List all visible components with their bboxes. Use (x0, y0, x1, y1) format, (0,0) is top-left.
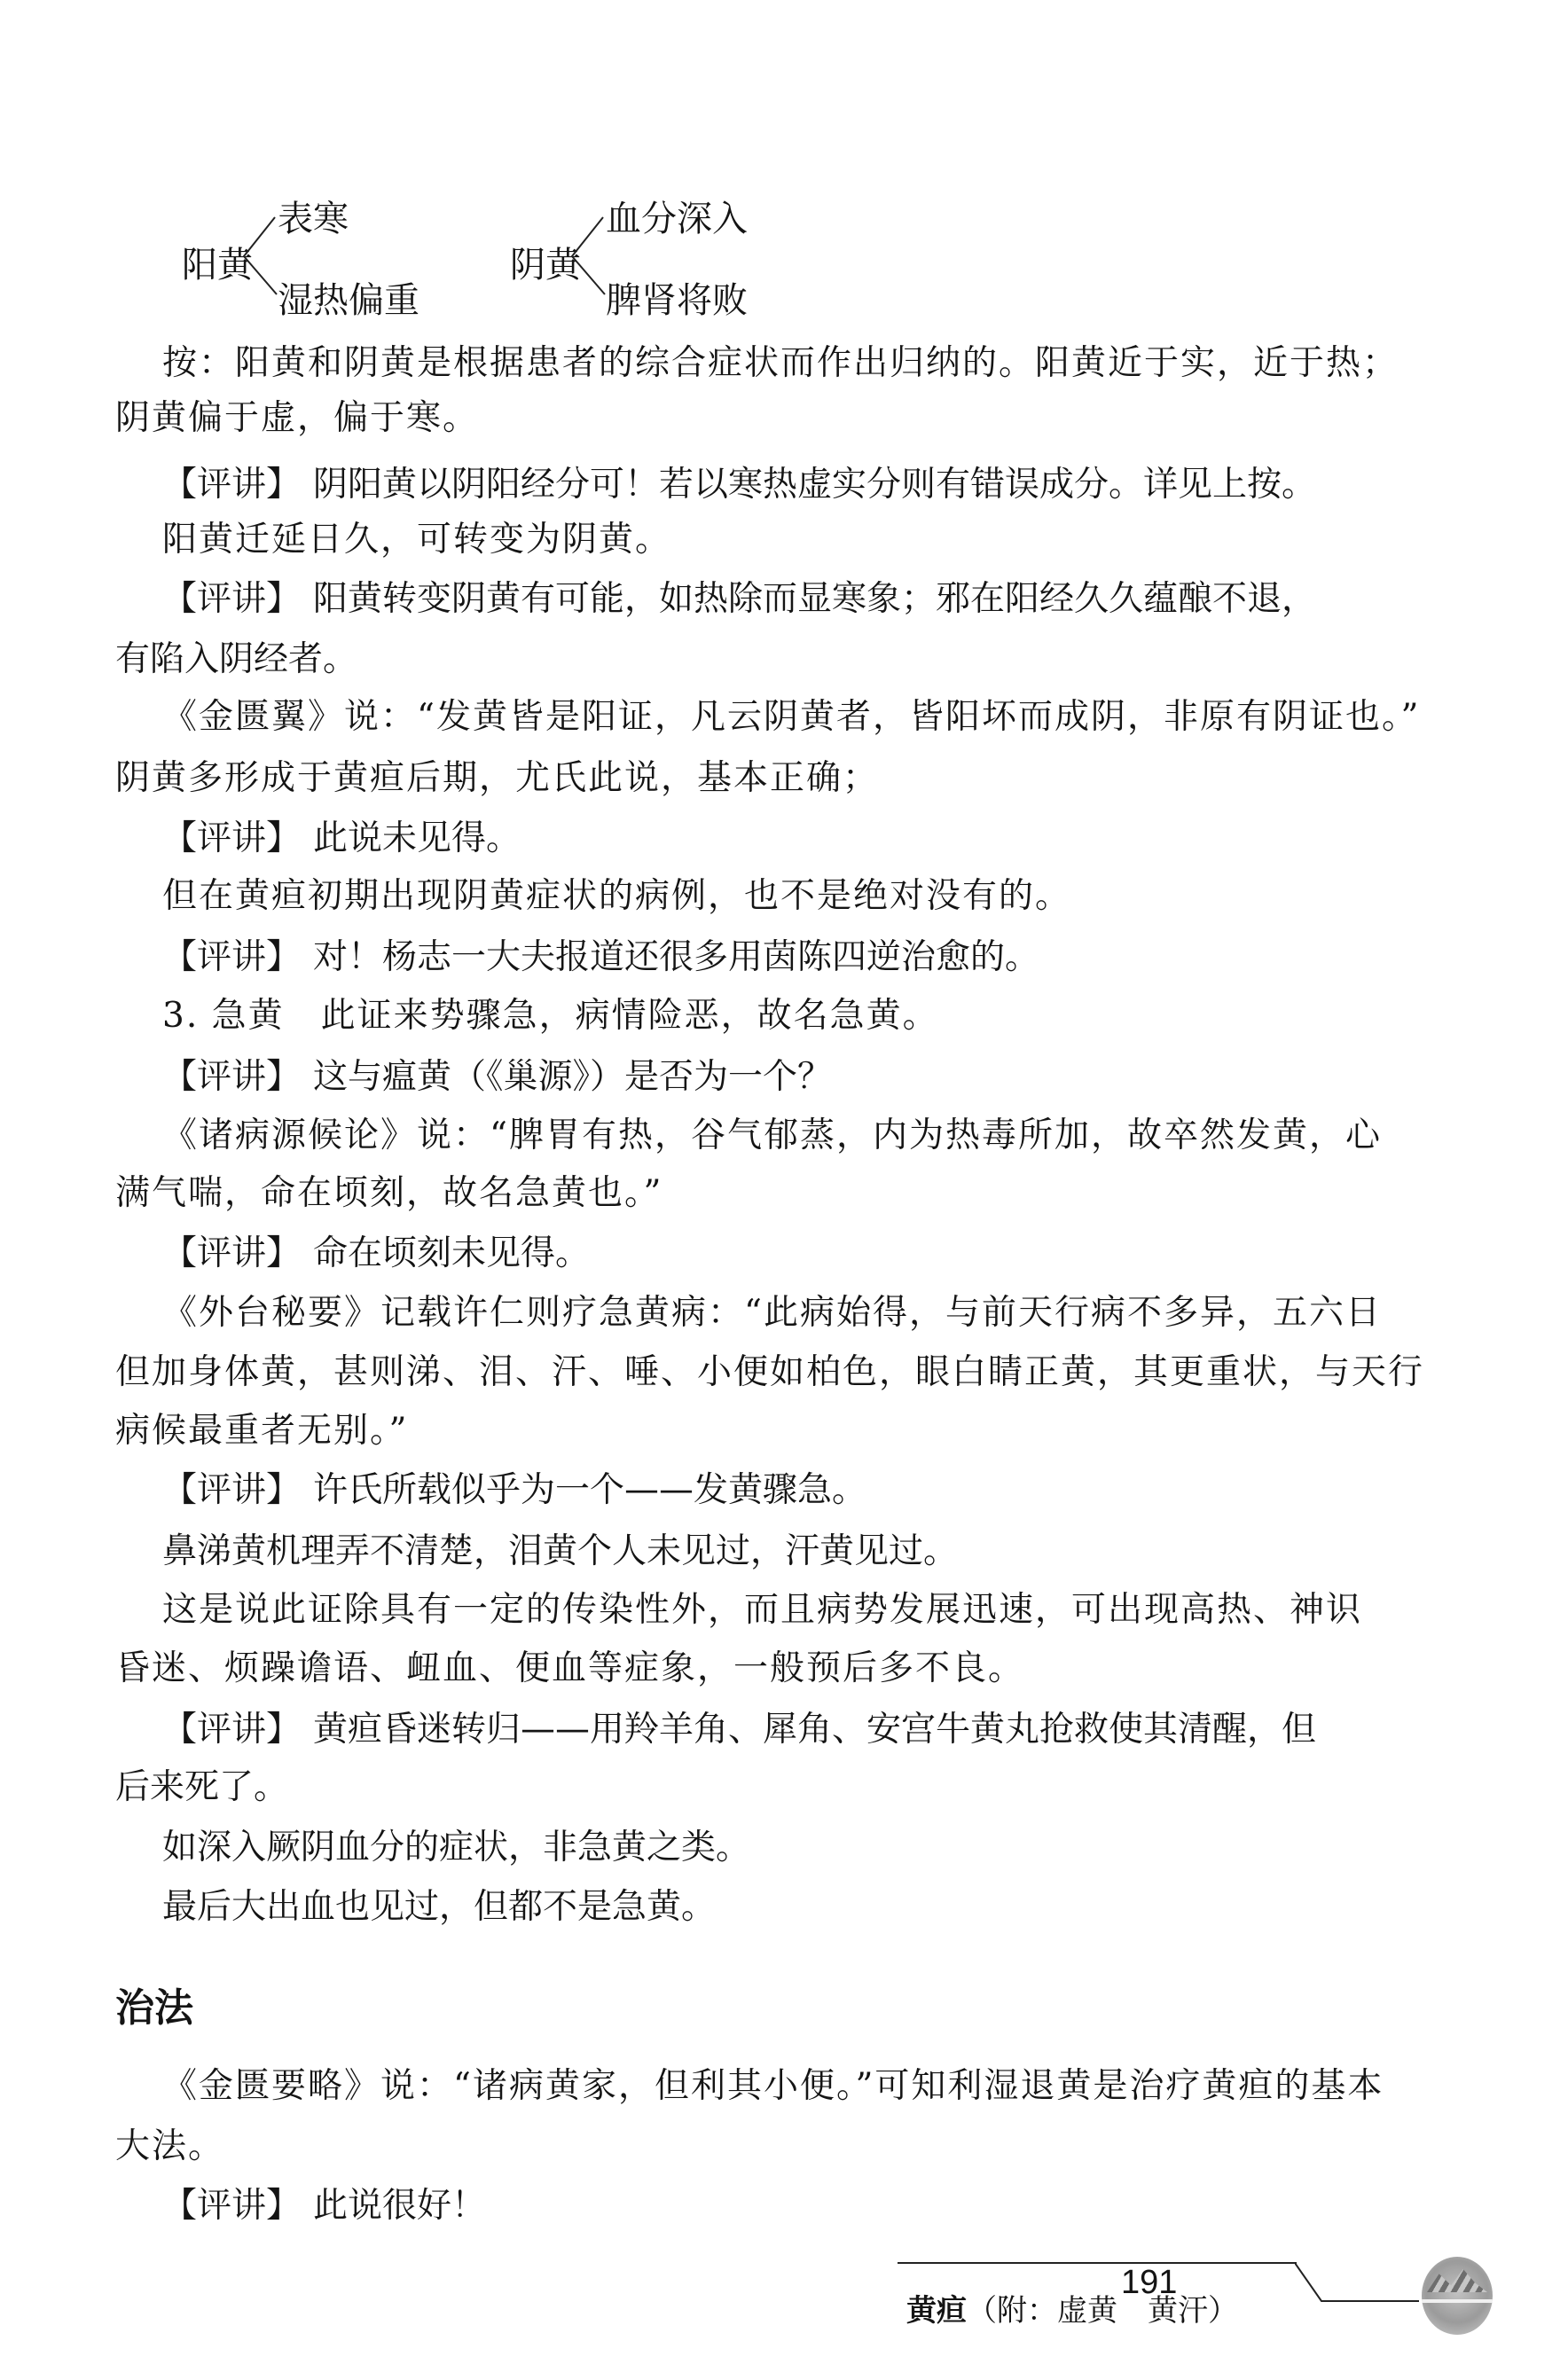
commentary-tag: 【评讲】 (162, 2186, 301, 2226)
quote-line: 满气喘，命在顷刻，故名急黄也。” (115, 1171, 1463, 1216)
quote-line: 病候最重者无别。” (115, 1409, 1463, 1453)
commentary-tag: 【评讲】 (162, 1470, 301, 1510)
section-heading: 治法 (115, 1976, 193, 2032)
running-footer-title: 黄疸（附：虚黄 黄汗） (906, 2286, 1238, 2329)
body-line: 阴黄多形成于黄疸后期，尤氏此说，基本正确； (115, 756, 1463, 801)
commentary-line: 【评讲】此说未见得。 (162, 817, 1510, 861)
yin-branch-1: 血分深入 (606, 191, 748, 241)
footer-rule (898, 2262, 1297, 2264)
remark-line: 后来死了。 (115, 1765, 1463, 1810)
commentary-tag: 【评讲】 (162, 579, 301, 619)
commentary-tag: 【评讲】 (162, 1233, 301, 1273)
commentary-line: 【评讲】阳黄转变阴黄有可能，如热除而显寒象；邪在阳经久久蕴酿不退， (162, 577, 1510, 622)
commentary-tag: 【评讲】 (162, 937, 301, 977)
body-line: 阳黄迁延日久，可转变为阴黄。 (162, 518, 1510, 562)
yin-branch-2: 脾肾将败 (606, 272, 748, 323)
commentary-line: 【评讲】许氏所载似乎为一个——发黄骤急。 (162, 1468, 1510, 1513)
commentary-tag: 【评讲】 (162, 1057, 301, 1097)
commentary-tag: 【评讲】 (162, 465, 301, 505)
quote-line: 《外台秘要》记载许仁则疗急黄病：“此病始得，与前天行病不多异，五六日 (162, 1291, 1510, 1335)
yang-branch-1: 表寒 (278, 191, 349, 241)
yin-huang-branch-group: 阴黄 血分深入 脾肾将败 (510, 191, 803, 341)
commentary-line: 【评讲】此说很好！ (162, 2184, 1510, 2228)
classification-diagram: 阳黄 表寒 湿热偏重 阴黄 血分深入 脾肾将败 (182, 191, 803, 341)
yang-branch-2: 湿热偏重 (278, 272, 419, 323)
body-line: 但在黄疸初期出现阴黄症状的病例，也不是绝对没有的。 (162, 874, 1510, 919)
page-number: 191 (1121, 2264, 1177, 2302)
subsection-line: 3. 急黄 此证来势骤急，病情险恶，故名急黄。 (162, 994, 1510, 1038)
commentary-line: 【评讲】这与瘟黄（《巢源》）是否为一个？ (162, 1055, 1510, 1100)
yang-huang-branch-group: 阳黄 表寒 湿热偏重 (182, 191, 466, 341)
remark-line: 如深入厥阴血分的症状，非急黄之类。 (162, 1826, 1510, 1870)
remark-line: 最后大出血也见过，但都不是急黄。 (162, 1885, 1510, 1930)
note-line: 阴黄偏于虚，偏于寒。 (115, 396, 1463, 441)
commentary-continuation: 有陷入阴经者。 (115, 638, 1463, 682)
note-line: 按：阳黄和阴黄是根据患者的综合症状而作出归纳的。阳黄近于实，近于热； (162, 341, 1510, 386)
quote-line: 但加身体黄，甚则涕、泪、汗、唾、小便如柏色，眼白睛正黄，其更重状，与天行 (115, 1350, 1463, 1395)
commentary-line: 【评讲】黄疸昏迷转归——用羚羊角、犀角、安宫牛黄丸抢救使其清醒，但 (162, 1708, 1510, 1752)
quote-line: 《金匮翼》说：“发黄皆是阳证，凡云阴黄者，皆阳坏而成阴，非原有阴证也。” (162, 695, 1510, 740)
footer-rule-bend (1295, 2262, 1428, 2306)
quote-line: 《诸病源候论》说：“脾胃有热，谷气郁蒸，内为热毒所加，故卒然发黄，心 (162, 1114, 1510, 1158)
commentary-line: 【评讲】阴阳黄以阴阳经分可！若以寒热虚实分则有错误成分。详见上按。 (162, 463, 1510, 507)
commentary-tag: 【评讲】 (162, 818, 301, 858)
commentary-line: 【评讲】对！杨志一大夫报道还很多用茵陈四逆治愈的。 (162, 936, 1510, 980)
book-page: 阳黄 表寒 湿热偏重 阴黄 血分深入 脾肾将败 按：阳黄和阴黄是根据患者的综合症… (0, 0, 1568, 2380)
body-line: 大法。 (115, 2125, 1463, 2169)
quote-line: 《金匮要略》说：“诸病黄家，但利其小便。”可知利湿退黄是治疗黄疸的基本 (162, 2064, 1510, 2109)
body-line: 这是说此证除具有一定的传染性外，而且病势发展迅速，可出现高热、神识 (162, 1588, 1510, 1632)
body-line: 昏迷、烦躁谵语、衄血、便血等症象，一般预后多不良。 (115, 1647, 1463, 1691)
landscape-emblem-icon (1422, 2257, 1493, 2335)
commentary-line: 【评讲】命在顷刻未见得。 (162, 1232, 1510, 1276)
remark-line: 鼻涕黄机理弄不清楚，泪黄个人未见过，汗黄见过。 (162, 1530, 1510, 1574)
commentary-tag: 【评讲】 (162, 1710, 301, 1750)
